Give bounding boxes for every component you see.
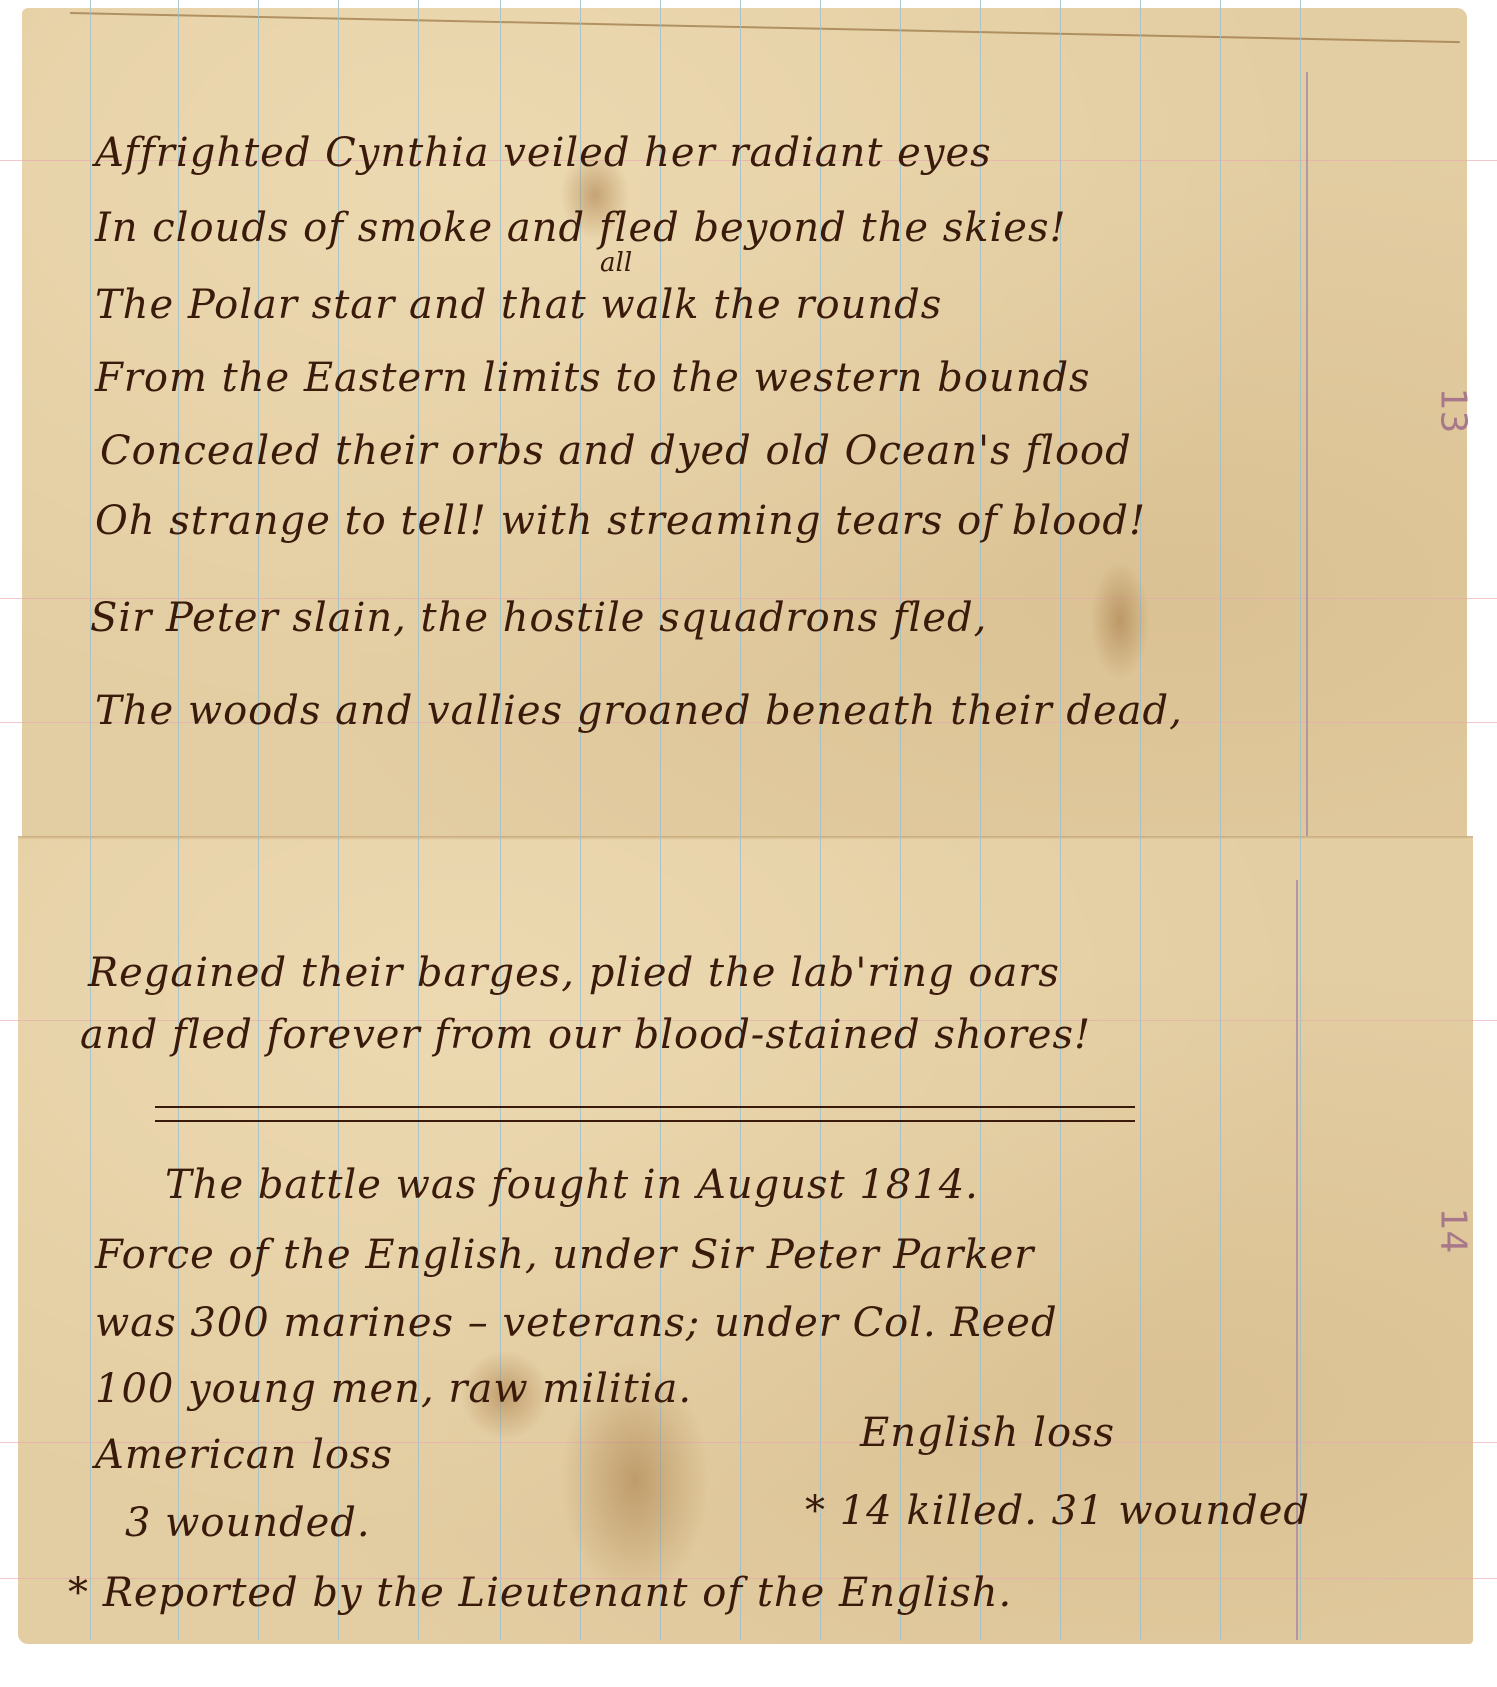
separator-rule <box>155 1106 1135 1108</box>
footnote: * Reported by the Lieutenant of the Engl… <box>68 1570 1012 1616</box>
poem-line: Oh strange to tell! with streaming tears… <box>95 498 1146 544</box>
margin-line-upper <box>1306 72 1308 836</box>
english-loss-value: * 14 killed. 31 wounded <box>805 1488 1310 1534</box>
note-line: was 300 marines – veterans; under Col. R… <box>95 1300 1058 1346</box>
note-line: 100 young men, raw militia. <box>95 1366 692 1412</box>
insertion-note: all <box>600 248 632 278</box>
separator-rule <box>155 1120 1135 1122</box>
poem-line: and fled forever from our blood-stained … <box>80 1012 1091 1058</box>
page-number-13: 13 <box>1432 388 1473 434</box>
american-loss-value: 3 wounded. <box>125 1500 371 1546</box>
poem-line: The woods and vallies groaned beneath th… <box>95 688 1183 734</box>
poem-line: In clouds of smoke and fled beyond the s… <box>95 205 1067 251</box>
poem-line: Sir Peter slain, the hostile squadrons f… <box>90 595 987 641</box>
poem-line: Concealed their orbs and dyed old Ocean'… <box>100 428 1132 474</box>
poem-line: The Polar star and that walk the rounds <box>95 282 942 328</box>
poem-line: Affrighted Cynthia veiled her radiant ey… <box>95 130 992 176</box>
page-number-14: 14 <box>1432 1208 1473 1254</box>
poem-line: Regained their barges, plied the lab'rin… <box>88 950 1060 996</box>
note-line: Force of the English, under Sir Peter Pa… <box>95 1232 1034 1278</box>
ink-stain <box>1090 560 1150 680</box>
english-loss-heading: English loss <box>860 1410 1115 1456</box>
american-loss-heading: American loss <box>95 1432 393 1478</box>
note-line: The battle was fought in August 1814. <box>165 1162 979 1208</box>
poem-line: From the Eastern limits to the western b… <box>95 355 1091 401</box>
